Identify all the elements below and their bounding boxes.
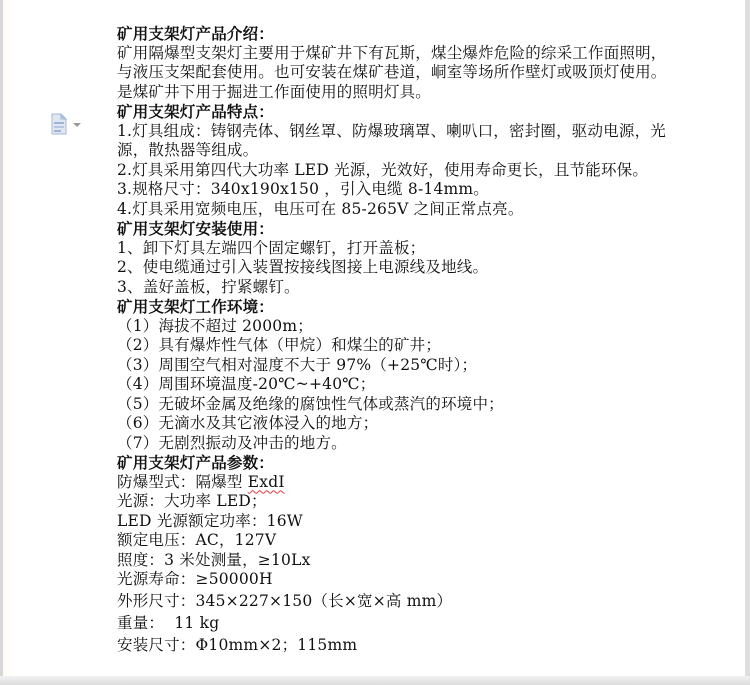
paste-clipboard-icon xyxy=(50,113,68,139)
text-line: 防爆型式：隔爆型 ExdI xyxy=(117,473,677,493)
text-line: （5）无破坏金属及绝缘的腐蚀性气体或蒸汽的环境中； xyxy=(117,395,677,415)
text-line: （4）周围环境温度-20℃~+40℃； xyxy=(117,375,677,395)
page-left-edge-tint xyxy=(3,0,15,685)
text-line: （6）无滴水及其它液体浸入的地方； xyxy=(117,414,677,434)
text-line: 额定电压：AC，127V xyxy=(117,531,677,551)
text-line: （1）海拔不超过 2000m； xyxy=(117,317,677,337)
section-heading: 矿用支架灯产品介绍： xyxy=(117,24,677,44)
section-heading: 矿用支架灯产品参数： xyxy=(117,453,677,473)
text-line: 外形尺寸：345×227×150（长×宽×高 mm） xyxy=(117,592,677,612)
section-heading: 矿用支架灯安装使用： xyxy=(117,219,677,239)
text-line: 是煤矿井下用于掘进工作面使用的照明灯具。 xyxy=(117,83,677,103)
text-line: 1.灯具组成：铸钢壳体、钢丝罩、防爆玻璃罩、喇叭口，密封圈，驱动电源，光 xyxy=(117,122,677,142)
page-right-edge xyxy=(745,0,750,685)
spellcheck-flagged-text: ExdI xyxy=(248,473,285,491)
text-line: 2、使电缆通过引入装置按接线图接上电源线及地线。 xyxy=(117,258,677,278)
chevron-down-icon xyxy=(73,123,81,127)
document-page: 矿用支架灯产品介绍：矿用隔爆型支架灯主要用于煤矿井下有瓦斯，煤尘爆炸危险的综采工… xyxy=(0,0,750,685)
text-line: （7）无剧烈振动及冲击的地方。 xyxy=(117,434,677,454)
text-line: LED 光源额定功率：16W xyxy=(117,512,677,532)
page-bottom-edge xyxy=(0,676,750,685)
section-heading: 矿用支架灯工作环境： xyxy=(117,297,677,317)
text-line: 与液压支架配套使用。也可安装在煤矿巷道，峒室等场所作壁灯或吸顶灯使用。 xyxy=(117,63,677,83)
text-line: 光源：大功率 LED； xyxy=(117,492,677,512)
text-line: 源，散热器等组成。 xyxy=(117,141,677,161)
text-line: 重量： 11 kg xyxy=(117,614,677,634)
text-line: 3、盖好盖板，拧紧螺钉。 xyxy=(117,278,677,298)
text-line: 3.规格尺寸：340x190x150 ，引入电缆 8-14mm。 xyxy=(117,180,677,200)
section-heading: 矿用支架灯产品特点： xyxy=(117,102,677,122)
text-line: 1、卸下灯具左端四个固定螺钉，打开盖板； xyxy=(117,239,677,259)
text-line: 光源寿命：≥50000H xyxy=(117,570,677,590)
text-line: 矿用隔爆型支架灯主要用于煤矿井下有瓦斯，煤尘爆炸危险的综采工作面照明， xyxy=(117,44,677,64)
text-line: 照度：3 米处测量，≥10Lx xyxy=(117,551,677,571)
document-text: 矿用支架灯产品介绍：矿用隔爆型支架灯主要用于煤矿井下有瓦斯，煤尘爆炸危险的综采工… xyxy=(117,24,677,656)
text-line: 4.灯具采用宽频电压，电压可在 85-265V 之间正常点亮。 xyxy=(117,200,677,220)
text-line: 2.灯具采用第四代大功率 LED 光源，光效好，使用寿命更长，且节能环保。 xyxy=(117,161,677,181)
text-line: 安装尺寸：Φ10mm×2；115mm xyxy=(117,636,677,656)
text-line: （2）具有爆炸性气体（甲烷）和煤尘的矿井； xyxy=(117,336,677,356)
paste-options-button[interactable] xyxy=(50,113,81,139)
text-line: （3）周围空气相对湿度不大于 97%（+25℃时）； xyxy=(117,356,677,376)
